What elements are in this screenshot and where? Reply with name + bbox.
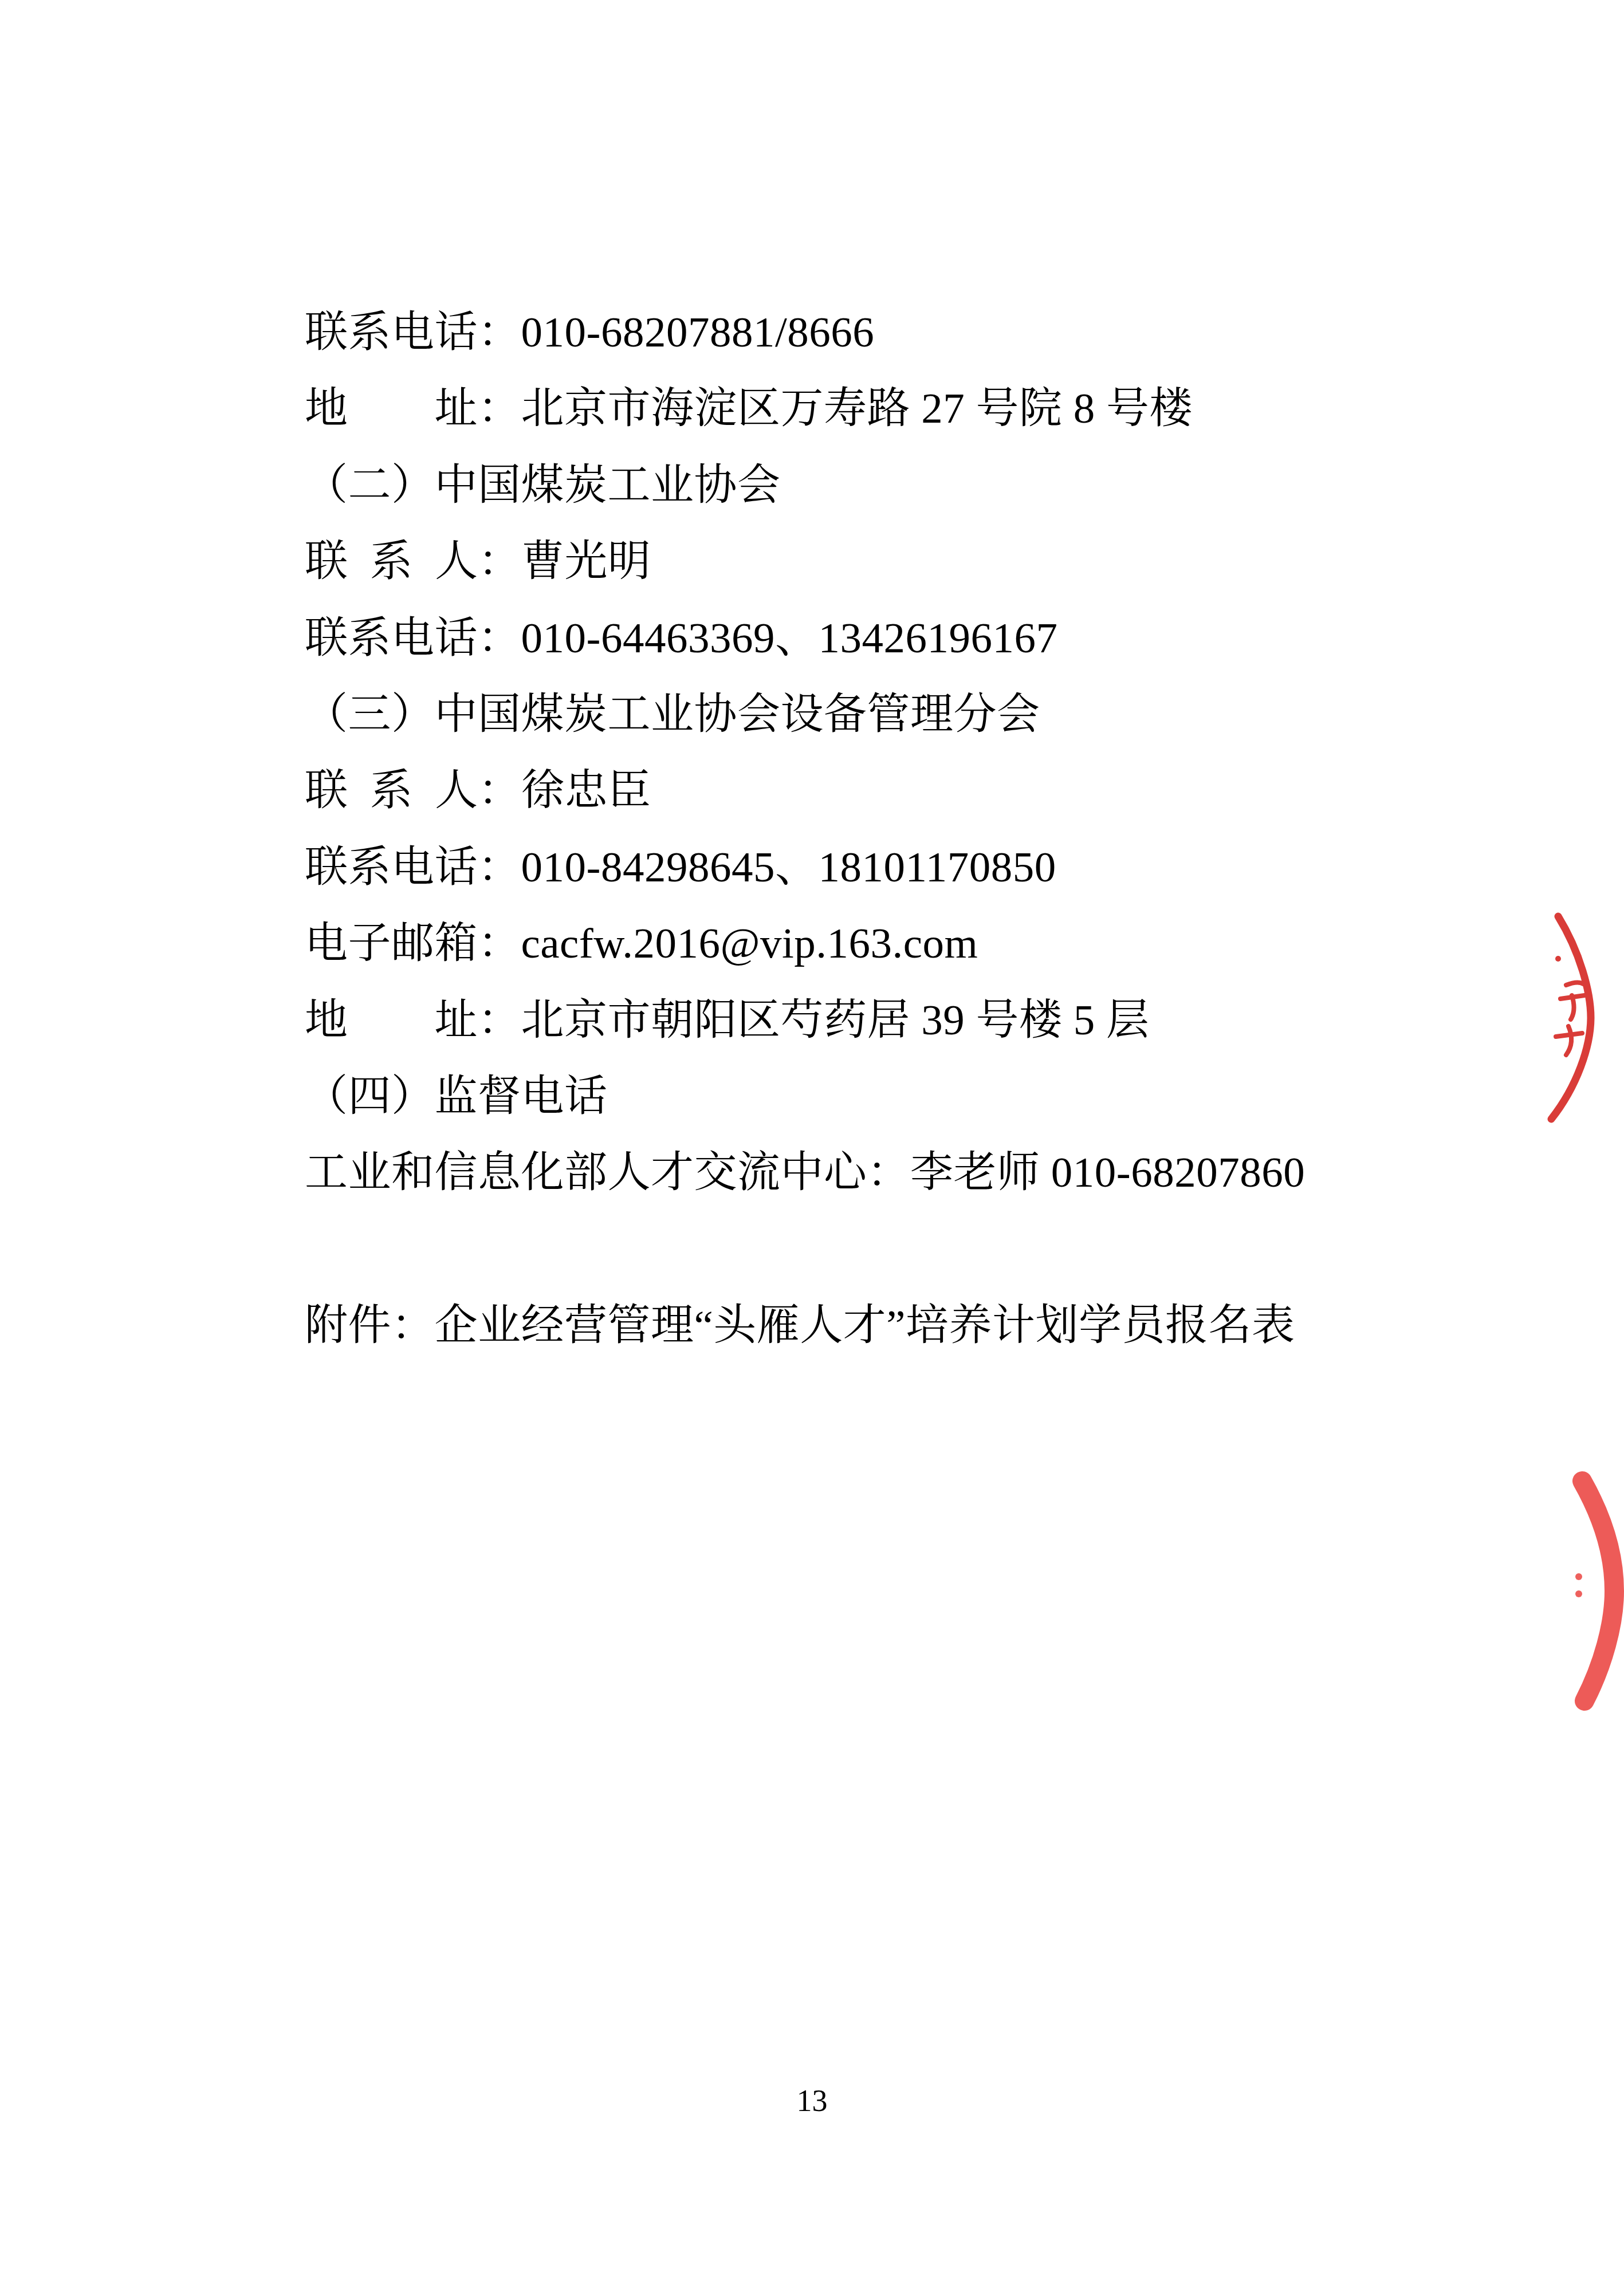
seal-ink-dot — [1555, 956, 1561, 962]
page-number: 13 — [0, 2078, 1624, 2124]
seal-stroke — [1560, 995, 1584, 999]
line-address-1: 地 址：北京市海淀区万寿路 27 号院 8 号楼 — [305, 371, 1487, 447]
document-body: 联系电话：010-68207881/8666 地 址：北京市海淀区万寿路 27 … — [305, 294, 1487, 1364]
seal-ink-dot — [1575, 1590, 1582, 1597]
line-section-heading-3: （三）中国煤炭工业协会设备管理分会 — [305, 676, 1487, 753]
line-blank — [305, 1211, 1487, 1287]
seal-arc-stroke — [1551, 916, 1591, 1119]
seal-ink-dot — [1575, 1573, 1582, 1580]
line-contact-person-2: 联 系 人：徐忠臣 — [305, 753, 1487, 829]
line-section-heading-2: （二）中国煤炭工业协会 — [305, 447, 1487, 523]
seal-character-fragments — [1556, 982, 1584, 1055]
document-page: 联系电话：010-68207881/8666 地 址：北京市海淀区万寿路 27 … — [0, 0, 1624, 2296]
seal-stroke — [1556, 1033, 1582, 1037]
line-address-2: 地 址：北京市朝阳区芍药居 39 号楼 5 层 — [305, 982, 1487, 1058]
line-contact-person-1: 联 系 人：曹光明 — [305, 523, 1487, 600]
line-attachment: 附件：企业经营管理“头雁人才”培养计划学员报名表 — [305, 1287, 1487, 1364]
line-supervision-phone: 工业和信息化部人才交流中心：李老师 010-68207860 — [305, 1135, 1487, 1211]
line-email: 电子邮箱：cacfw.2016@vip.163.com — [305, 905, 1487, 982]
red-seal-fragment-upper-icon — [1534, 912, 1609, 1124]
seal-stroke — [1571, 995, 1574, 1019]
line-contact-phone-2: 联系电话：010-64463369、13426196167 — [305, 600, 1487, 676]
line-contact-phone-1: 联系电话：010-68207881/8666 — [305, 294, 1487, 371]
seal-stroke — [1566, 982, 1583, 985]
seal-arc-stroke — [1582, 1481, 1614, 1701]
red-seal-fragment-lower-icon — [1571, 1471, 1624, 1711]
line-section-heading-4: （四）监督电话 — [305, 1058, 1487, 1135]
line-contact-phone-3: 联系电话：010-84298645、18101170850 — [305, 829, 1487, 905]
seal-stroke — [1566, 1026, 1571, 1055]
